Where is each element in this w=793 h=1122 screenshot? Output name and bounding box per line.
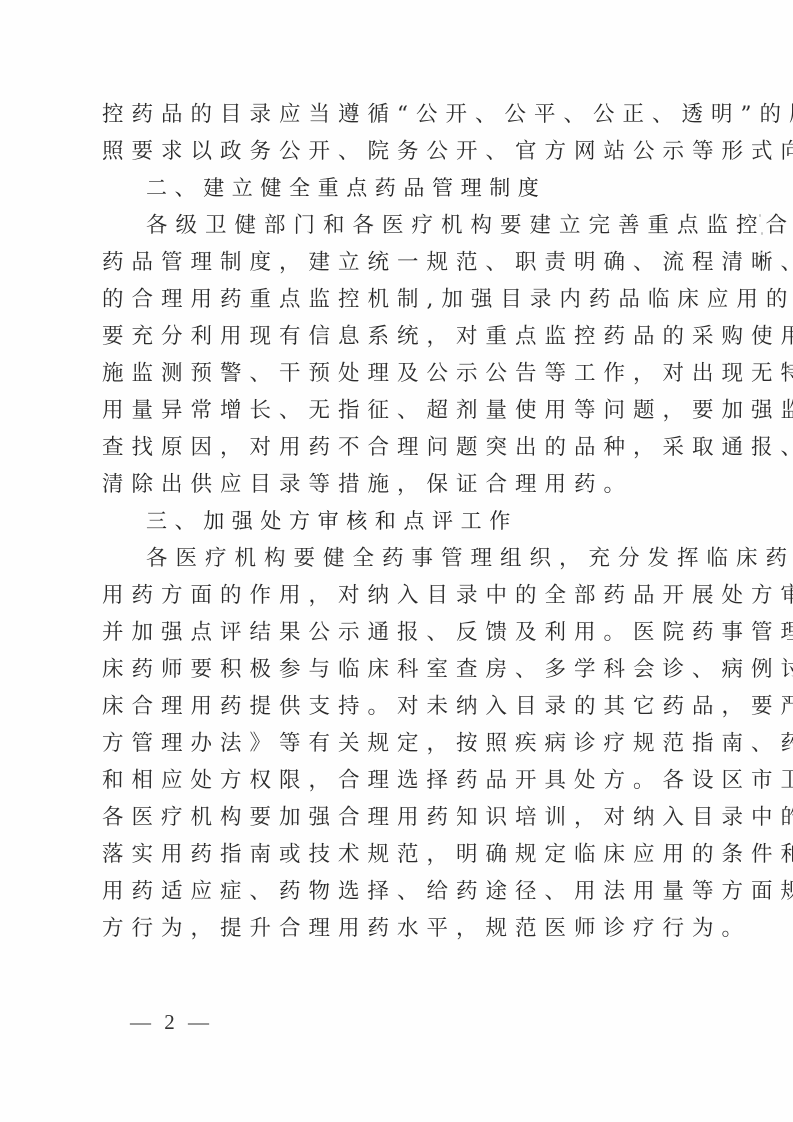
text-line: 床药师要积极参与临床科室查房、多学科会诊、病例讨论，为临 bbox=[102, 651, 702, 688]
text-line: 用量异常增长、无指征、超剂量使用等问题，要加强监测预警并 bbox=[102, 392, 702, 429]
text-line: 并加强点评结果公示通报、反馈及利用。医院药事管理部门和临 bbox=[102, 614, 702, 651]
text-line: 查找原因，对用药不合理问题突出的品种，采取通报、限期整改、 bbox=[102, 429, 702, 466]
text-line: 落实用药指南或技术规范，明确规定临床应用的条件和原则，在 bbox=[102, 836, 702, 873]
text-line: 用药适应症、药物选择、给药途径、用法用量等方面规范医师处 bbox=[102, 873, 702, 910]
text-line: 施监测预警、干预处理及公示公告等工作，对出现无特殊原因使 bbox=[102, 355, 702, 392]
page-number: — 2 — bbox=[130, 1010, 213, 1035]
text-line: 照要求以政务公开、院务公开、官方网站公示等形式向社会公布。 bbox=[102, 133, 702, 170]
paragraph-start: 各级卫健部门和各医疗机构要建立完善重点监控合理用药 bbox=[102, 207, 702, 244]
document-body: 控药品的目录应当遵循“公开、公平、公正、透明”的原则，按 照要求以政务公开、院务… bbox=[102, 96, 702, 947]
text-line: 用药方面的作用，对纳入目录中的全部药品开展处方审核点评， bbox=[102, 577, 702, 614]
text-line: 要充分利用现有信息系统，对重点监控药品的采购使用等情况实 bbox=[102, 318, 702, 355]
text-line: 清除出供应目录等措施，保证合理用药。 bbox=[102, 466, 702, 503]
section-heading-3: 三、加强处方审核和点评工作 bbox=[102, 503, 702, 540]
document-page: 控药品的目录应当遵循“公开、公平、公正、透明”的原则，按 照要求以政务公开、院务… bbox=[0, 0, 793, 1122]
text-line: 床合理用药提供支持。对未纳入目录的其它药品，要严格落实《处 bbox=[102, 688, 702, 725]
text-line: 药品管理制度，建立统一规范、职责明确、流程清晰、操作高效 bbox=[102, 244, 702, 281]
paragraph-start: 各医疗机构要健全药事管理组织，充分发挥临床药师在合理 bbox=[102, 540, 702, 577]
scan-speck bbox=[759, 214, 761, 217]
text-line: 的合理用药重点监控机制,加强目录内药品临床应用的全程管理。 bbox=[102, 281, 702, 318]
text-line: 控药品的目录应当遵循“公开、公平、公正、透明”的原则，按 bbox=[102, 96, 702, 133]
scan-speck bbox=[761, 232, 763, 235]
text-line: 各医疗机构要加强合理用药知识培训，对纳入目录中的药品制订 bbox=[102, 799, 702, 836]
text-line: 方管理办法》等有关规定，按照疾病诊疗规范指南、药品适应症 bbox=[102, 725, 702, 762]
text-line: 方行为，提升合理用药水平，规范医师诊疗行为。 bbox=[102, 910, 702, 947]
scan-speck bbox=[760, 252, 762, 255]
text-line: 和相应处方权限，合理选择药品开具处方。各设区市卫健部门和 bbox=[102, 762, 702, 799]
section-heading-2: 二、建立健全重点药品管理制度 bbox=[102, 170, 702, 207]
